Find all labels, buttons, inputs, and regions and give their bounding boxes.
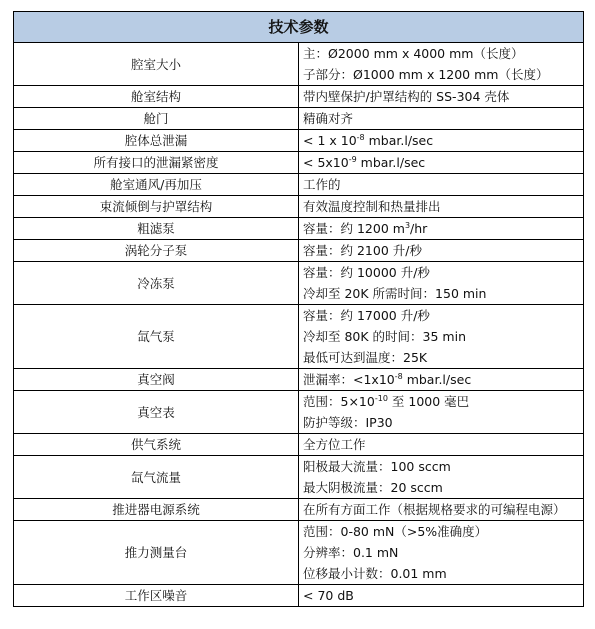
value-unit: /hr: [410, 221, 427, 236]
table-row: 舱室结构带内壁保护/护罩结构的 SS-304 壳体: [14, 86, 584, 108]
superscript-exponent: -8: [357, 133, 365, 142]
superscript-exponent: -8: [395, 372, 403, 381]
table-row: 真空表范围：5×10-10 至 1000 毫巴防护等级：IP30: [14, 391, 584, 434]
parameter-value: 全方位工作: [299, 434, 584, 456]
parameter-name: 粗滤泵: [14, 218, 299, 240]
table-row: 推力测量台范围：0-80 mN（>5%准确度）分辨率：0.1 mN位移最小计数：…: [14, 521, 584, 585]
parameter-value: 范围：5×10-10 至 1000 毫巴防护等级：IP30: [299, 391, 584, 434]
table-row: 冷冻泵容量：约 10000 升/秒冷却至 20K 所需时间：150 min: [14, 262, 584, 305]
value-line: < 1 x 10-8 mbar.l/sec: [303, 130, 579, 151]
parameter-value: 有效温度控制和热量排出: [299, 196, 584, 218]
parameter-value: 在所有方面工作（根据规格要求的可编程电源）: [299, 499, 584, 521]
parameter-name: 供气系统: [14, 434, 299, 456]
parameter-value: < 70 dB: [299, 585, 584, 607]
parameter-value: 容量：约 2100 升/秒: [299, 240, 584, 262]
value-text: < 1 x 10: [303, 133, 357, 148]
parameter-name: 工作区噪音: [14, 585, 299, 607]
technical-parameters-table: 技术参数 腔室大小主：Ø2000 mm x 4000 mm（长度）子部分：Ø10…: [13, 11, 584, 607]
superscript-exponent: -10: [375, 394, 388, 403]
parameter-value: 范围：0-80 mN（>5%准确度）分辨率：0.1 mN位移最小计数：0.01 …: [299, 521, 584, 585]
parameter-value: 阳极最大流量：100 sccm最大阴极流量：20 sccm: [299, 456, 584, 499]
value-unit: mbar.l/sec: [357, 155, 425, 170]
table-row: 腔室大小主：Ø2000 mm x 4000 mm（长度）子部分：Ø1000 mm…: [14, 43, 584, 86]
value-line: 泄漏率：<1x10-8 mbar.l/sec: [303, 369, 579, 390]
value-unit: mbar.l/sec: [403, 372, 471, 387]
table-row: 供气系统全方位工作: [14, 434, 584, 456]
value-line: 冷却至 80K 的时间：35 min: [303, 326, 579, 347]
parameter-name: 真空阀: [14, 369, 299, 391]
value-line: 全方位工作: [303, 434, 579, 455]
table-row: 舱门精确对齐: [14, 108, 584, 130]
value-line: 防护等级：IP30: [303, 412, 579, 433]
value-text: 范围：5×10: [303, 394, 375, 409]
parameter-value: 泄漏率：<1x10-8 mbar.l/sec: [299, 369, 584, 391]
parameter-name: 推进器电源系统: [14, 499, 299, 521]
parameter-name: 腔室大小: [14, 43, 299, 86]
table-body: 腔室大小主：Ø2000 mm x 4000 mm（长度）子部分：Ø1000 mm…: [14, 43, 584, 607]
superscript-exponent: -9: [349, 155, 357, 164]
parameter-name: 涡轮分子泵: [14, 240, 299, 262]
parameter-value: 工作的: [299, 174, 584, 196]
table-row: 舱室通风/再加压工作的: [14, 174, 584, 196]
table-row: 腔体总泄漏< 1 x 10-8 mbar.l/sec: [14, 130, 584, 152]
parameter-name: 真空表: [14, 391, 299, 434]
table-title: 技术参数: [14, 12, 584, 43]
parameter-name: 冷冻泵: [14, 262, 299, 305]
parameter-name: 氙气流量: [14, 456, 299, 499]
value-line: 有效温度控制和热量排出: [303, 196, 579, 217]
value-line: 范围：5×10-10 至 1000 毫巴: [303, 391, 579, 412]
table-row: 真空阀泄漏率：<1x10-8 mbar.l/sec: [14, 369, 584, 391]
value-line: 分辨率：0.1 mN: [303, 542, 579, 563]
value-line: 最低可达到温度：25K: [303, 347, 579, 368]
value-line: 容量：约 2100 升/秒: [303, 240, 579, 261]
value-line: 子部分：Ø1000 mm x 1200 mm（长度）: [303, 64, 579, 85]
value-text: 容量：约 1200 m: [303, 221, 405, 236]
value-line: 带内壁保护/护罩结构的 SS-304 壳体: [303, 86, 579, 107]
table-row: 束流倾倒与护罩结构有效温度控制和热量排出: [14, 196, 584, 218]
parameter-value: 主：Ø2000 mm x 4000 mm（长度）子部分：Ø1000 mm x 1…: [299, 43, 584, 86]
value-line: < 5x10-9 mbar.l/sec: [303, 152, 579, 173]
value-unit: 至 1000 毫巴: [388, 394, 469, 409]
value-line: 位移最小计数：0.01 mm: [303, 563, 579, 584]
value-line: 容量：约 10000 升/秒: [303, 262, 579, 283]
table-row: 推进器电源系统在所有方面工作（根据规格要求的可编程电源）: [14, 499, 584, 521]
value-unit: mbar.l/sec: [365, 133, 433, 148]
value-text: 泄漏率：<1x10: [303, 372, 395, 387]
table-row: 氙气泵容量：约 17000 升/秒冷却至 80K 的时间：35 min最低可达到…: [14, 305, 584, 369]
parameter-value: < 1 x 10-8 mbar.l/sec: [299, 130, 584, 152]
value-line: 工作的: [303, 174, 579, 195]
value-line: 冷却至 20K 所需时间：150 min: [303, 283, 579, 304]
parameter-name: 氙气泵: [14, 305, 299, 369]
table-row: 所有接口的泄漏紧密度< 5x10-9 mbar.l/sec: [14, 152, 584, 174]
parameter-value: 容量：约 17000 升/秒冷却至 80K 的时间：35 min最低可达到温度：…: [299, 305, 584, 369]
table-row: 粗滤泵容量：约 1200 m3/hr: [14, 218, 584, 240]
table-row: 工作区噪音< 70 dB: [14, 585, 584, 607]
value-line: 精确对齐: [303, 108, 579, 129]
value-line: 主：Ø2000 mm x 4000 mm（长度）: [303, 43, 579, 64]
value-line: 阳极最大流量：100 sccm: [303, 456, 579, 477]
value-line: 在所有方面工作（根据规格要求的可编程电源）: [303, 499, 579, 520]
value-line: 范围：0-80 mN（>5%准确度）: [303, 521, 579, 542]
parameter-value: 精确对齐: [299, 108, 584, 130]
value-line: 容量：约 1200 m3/hr: [303, 218, 579, 239]
parameter-name: 舱室结构: [14, 86, 299, 108]
parameter-value: 容量：约 10000 升/秒冷却至 20K 所需时间：150 min: [299, 262, 584, 305]
parameter-name: 舱门: [14, 108, 299, 130]
parameter-name: 腔体总泄漏: [14, 130, 299, 152]
parameter-value: 容量：约 1200 m3/hr: [299, 218, 584, 240]
parameter-name: 束流倾倒与护罩结构: [14, 196, 299, 218]
parameter-name: 所有接口的泄漏紧密度: [14, 152, 299, 174]
parameter-value: < 5x10-9 mbar.l/sec: [299, 152, 584, 174]
value-line: < 70 dB: [303, 585, 579, 606]
table-row: 涡轮分子泵容量：约 2100 升/秒: [14, 240, 584, 262]
parameter-name: 推力测量台: [14, 521, 299, 585]
parameter-value: 带内壁保护/护罩结构的 SS-304 壳体: [299, 86, 584, 108]
value-text: < 5x10: [303, 155, 349, 170]
table-header-row: 技术参数: [14, 12, 584, 43]
parameter-name: 舱室通风/再加压: [14, 174, 299, 196]
table-row: 氙气流量阳极最大流量：100 sccm最大阴极流量：20 sccm: [14, 456, 584, 499]
value-line: 最大阴极流量：20 sccm: [303, 477, 579, 498]
value-line: 容量：约 17000 升/秒: [303, 305, 579, 326]
